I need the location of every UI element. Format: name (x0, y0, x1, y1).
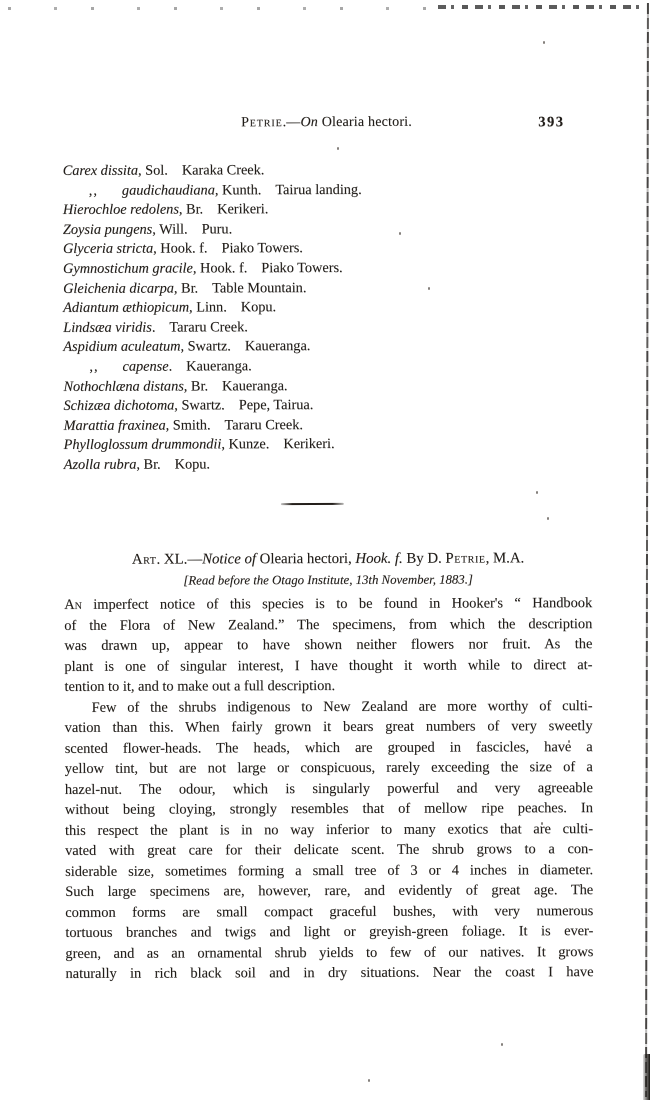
text-segment: Hook. f. (355, 551, 402, 567)
body-line: siderable size, sometimes forming a smal… (65, 860, 593, 882)
text-segment: Olearia hectori. (318, 115, 412, 130)
text-segment: Petrie (241, 115, 283, 130)
species-row: ,,gaudichaudiana, Kunth.Tairua landing. (63, 180, 591, 201)
species-name: Gymnostichum gracile (63, 260, 193, 276)
species-authority: . (152, 319, 156, 335)
body-line: hazel-nut. The odour, which is singularl… (65, 778, 593, 800)
text-segment: By D. (403, 551, 446, 567)
body-line: vation than this. When fairly grown it b… (65, 716, 593, 738)
species-authority: , Br. (179, 202, 203, 218)
scan-speck (568, 740, 570, 743)
species-row: Azolla rubra, Br.Kopu. (64, 454, 592, 475)
species-row: Hierochloe redolens, Br.Kerikeri. (63, 199, 591, 220)
text-segment: Petrie (445, 550, 485, 566)
species-locality: Piako Towers. (261, 260, 342, 276)
species-locality: Table Mountain. (212, 280, 306, 296)
body-line: tortuous branches and twigs and light or… (65, 921, 593, 943)
species-authority: , Swartz. (180, 339, 230, 355)
species-name: Marattia fraxinea (64, 417, 166, 433)
body-line: without being cloying, strongly resemble… (65, 798, 593, 820)
species-authority: , Br. (174, 280, 198, 296)
running-header: Petrie.—On Olearia hectori. 393 (62, 114, 590, 132)
species-name: Lindsæa viridis (63, 319, 152, 335)
species-authority: . (169, 358, 173, 374)
species-row: Gymnostichum gracile, Hook. f.Piako Towe… (63, 258, 591, 279)
species-locality: Kerikeri. (217, 201, 268, 217)
species-authority: , Kunze. (221, 437, 269, 453)
species-authority: , Kunth. (215, 182, 262, 198)
species-name: Adiantum æthiopicum (63, 300, 189, 316)
species-locality: Kopu. (175, 456, 210, 472)
scan-speck (536, 491, 538, 494)
scan-speck (547, 517, 549, 520)
species-locality: Kopu. (241, 299, 276, 315)
species-locality: Kaueranga. (222, 378, 288, 394)
body-line: scented flower-heads. The heads, which a… (65, 737, 593, 759)
text-segment: . XL.— (156, 551, 202, 567)
species-authority: , Swartz. (174, 397, 224, 413)
species-row: Zoysia pungens, Will.Puru. (63, 219, 591, 240)
species-authority: , Linn. (189, 299, 227, 315)
species-name: Schizæa dichotoma (63, 398, 174, 414)
ditto-mark: ,, (89, 182, 98, 198)
species-locality: Tararu Creek. (169, 319, 247, 335)
species-row: Glyceria stricta, Hook. f.Piako Towers. (63, 238, 591, 259)
article-heading: Art. XL.—Notice of Olearia hectori, Hook… (64, 550, 592, 569)
species-name: Glyceria stricta (63, 241, 153, 257)
species-name: Nothochlæna distans (63, 378, 183, 394)
lead-smallcaps: An (64, 597, 82, 613)
body-line: of the Flora of New Zealand.” The specim… (64, 614, 592, 636)
species-locality: Kerikeri. (283, 436, 334, 452)
species-name: capense (122, 358, 168, 374)
running-header-title: Petrie.—On Olearia hectori. (241, 115, 412, 131)
body-line: was drawn up, appear to have shown neith… (64, 634, 592, 656)
species-authority: , Hook. f. (153, 241, 207, 257)
species-authority: , Sol. (138, 163, 168, 179)
species-row: ,,capense.Kaueranga. (63, 356, 591, 377)
body-line: An imperfect notice of this species is t… (64, 593, 592, 615)
species-locality: Tairua landing. (275, 181, 361, 197)
body-line: vated with great care for their delicate… (65, 839, 593, 861)
species-name: Aspidium aculeatum (63, 339, 180, 355)
species-locality-list: Carex dissita, Sol.Karaka Creek.,,gaudic… (63, 160, 592, 475)
species-locality: Puru. (202, 221, 233, 237)
scan-speck (541, 822, 543, 825)
text-segment: .— (283, 115, 301, 130)
body-line: green, and as an ornamental shrub yields… (65, 942, 593, 964)
species-authority: , Will. (152, 221, 187, 237)
species-row: Gleichenia dicarpa, Br.Table Mountain. (63, 278, 591, 299)
species-name: Hierochloe redolens (63, 202, 179, 218)
species-name: Gleichenia dicarpa (63, 280, 174, 296)
scan-speck (337, 147, 339, 150)
species-locality: Karaka Creek. (182, 162, 265, 178)
species-row: Schizæa dichotoma, Swartz.Pepe, Tairua. (63, 395, 591, 416)
species-authority: , Hook. f. (193, 260, 247, 276)
species-authority: , Smith. (166, 417, 211, 433)
page-content: Petrie.—On Olearia hectori. 393 Carex di… (0, 0, 650, 1100)
species-row: Aspidium aculeatum, Swartz.Kaueranga. (63, 336, 591, 357)
body-line: tention to it, and to make out a full de… (64, 675, 592, 697)
species-name: Phylloglossum drummondii (64, 437, 222, 454)
species-name: Azolla rubra (64, 457, 137, 473)
ditto-mark: ,, (89, 359, 98, 375)
article-read-before-note: [Read before the Otago Institute, 13th N… (64, 572, 592, 589)
text-segment: , M.A. (486, 550, 525, 566)
text-segment: Olearia hectori, (256, 551, 355, 567)
species-name: gaudichaudiana (122, 182, 215, 198)
species-locality: Pepe, Tairua. (239, 397, 314, 413)
page-number: 393 (538, 114, 564, 131)
body-line: plant is one of singular interest, I hav… (64, 655, 592, 677)
species-locality: Kaueranga. (245, 338, 311, 354)
article-body: An imperfect notice of this species is t… (64, 593, 593, 984)
section-divider-rule (281, 503, 344, 505)
body-line: Such large specimens are, however, rare,… (65, 880, 593, 902)
species-authority: , Br. (184, 378, 208, 394)
species-name: Zoysia pungens (63, 221, 152, 237)
species-locality: Tararu Creek. (224, 417, 302, 433)
species-row: Marattia fraxinea, Smith.Tararu Creek. (64, 415, 592, 436)
body-line: Few of the shrubs indigenous to New Zeal… (65, 696, 593, 718)
scan-speck (501, 1043, 503, 1046)
body-line: naturally in rich black soil and in dry … (65, 962, 593, 984)
species-row: Lindsæa viridis.Tararu Creek. (63, 317, 591, 338)
text-segment: Art (132, 552, 157, 568)
species-locality: Piako Towers. (221, 240, 302, 256)
species-row: Phylloglossum drummondii, Kunze.Kerikeri… (64, 434, 592, 455)
species-row: Nothochlæna distans, Br.Kaueranga. (63, 376, 591, 397)
text-segment: Notice of (202, 551, 256, 567)
scan-speck (368, 1079, 370, 1082)
scan-speck (399, 232, 401, 235)
species-locality: Kaueranga. (186, 358, 252, 374)
species-row: Carex dissita, Sol.Karaka Creek. (63, 160, 591, 181)
text-segment: On (300, 115, 318, 130)
species-row: Adiantum æthiopicum, Linn.Kopu. (63, 297, 591, 318)
scan-speck (428, 287, 430, 290)
scan-speck (543, 41, 545, 44)
species-authority: , Br. (136, 456, 160, 472)
body-line: common forms are small compact graceful … (65, 901, 593, 923)
scanned-page: Petrie.—On Olearia hectori. 393 Carex di… (0, 0, 650, 1100)
body-line: yellow tint, but are not large or conspi… (65, 757, 593, 779)
species-name: Carex dissita (63, 163, 138, 179)
body-line: this respect the plant is in no way infe… (65, 819, 593, 841)
